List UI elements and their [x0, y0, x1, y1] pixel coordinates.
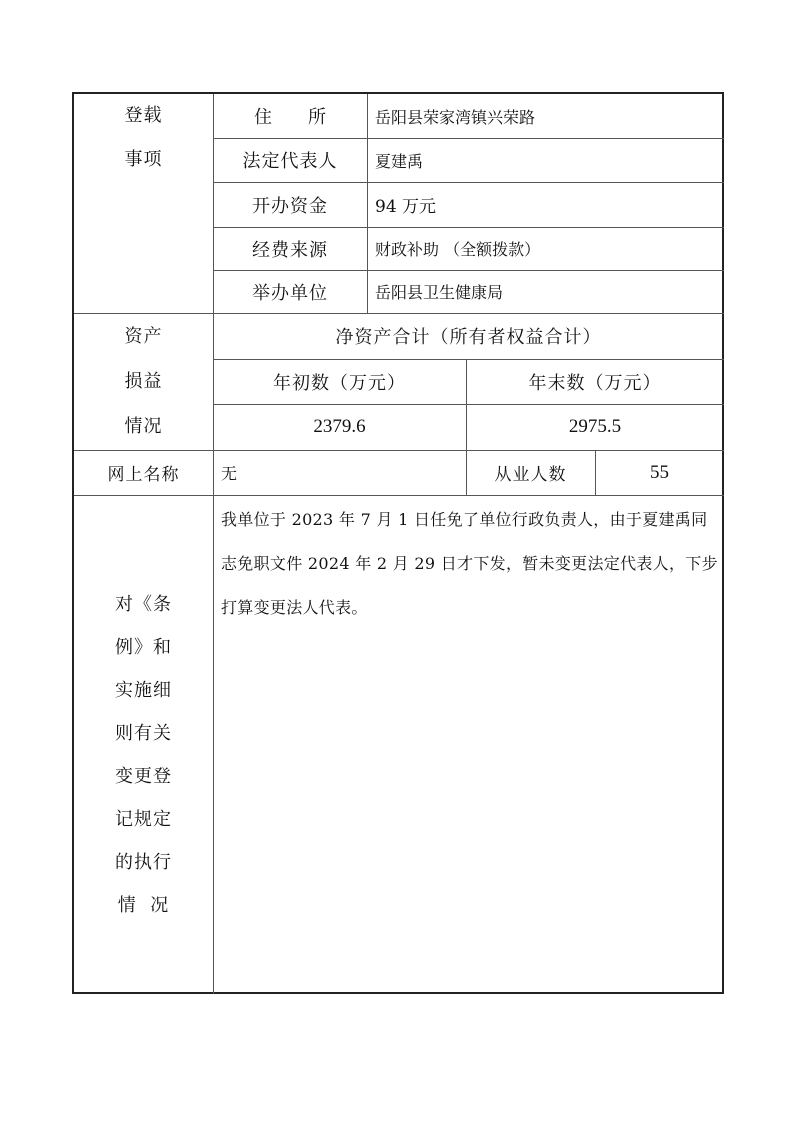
staff-count-value: 55	[595, 450, 724, 495]
label-line: 事项	[125, 138, 163, 182]
registration-form-table: 登载 事项 住 所 岳阳县荣家湾镇兴荣路 法定代表人 夏建禹 开办资金 94 万…	[72, 92, 724, 994]
label-line: 记规定	[115, 798, 172, 841]
label-line: 例》和	[115, 626, 172, 669]
label-text: 年末数（万元）	[529, 369, 662, 395]
label-line: 登载	[125, 94, 163, 138]
label-line: 的执行	[115, 841, 172, 884]
net-assets-header: 净资产合计（所有者权益合计）	[213, 313, 724, 359]
value-text: 财政补助 （全额拨款）	[375, 237, 540, 260]
label-line: 情况	[125, 404, 163, 449]
begin-year-label: 年初数（万元）	[213, 359, 466, 404]
end-year-value: 2975.5	[466, 404, 724, 450]
capital-value: 94 万元	[367, 182, 724, 227]
label-text: 开办资金	[252, 192, 328, 218]
registration-section-label: 登载 事项	[74, 94, 213, 182]
label-text: 住 所	[254, 103, 326, 129]
address-value: 岳阳县荣家湾镇兴荣路	[367, 94, 724, 138]
label-text: 举办单位	[252, 279, 328, 305]
assets-section-label: 资产 损益 情况	[74, 313, 213, 450]
label-line: 变更登	[115, 755, 172, 798]
header-text: 净资产合计（所有者权益合计）	[336, 323, 602, 349]
label-text: 年初数（万元）	[273, 369, 406, 395]
value-text: 55	[650, 462, 669, 484]
label-line: 实施细	[115, 669, 172, 712]
sponsor-label: 举办单位	[213, 270, 367, 313]
address-label: 住 所	[213, 94, 367, 138]
label-text: 法定代表人	[243, 147, 338, 173]
online-name-label: 网上名称	[74, 450, 213, 495]
legal-rep-value: 夏建禹	[367, 138, 724, 182]
label-line: 资产	[125, 314, 163, 359]
label-text: 从业人数	[495, 460, 567, 485]
label-line: 则有关	[115, 712, 172, 755]
label-line: 情 况	[118, 884, 169, 927]
value-text: 岳阳县荣家湾镇兴荣路	[375, 105, 535, 128]
begin-year-value: 2379.6	[213, 404, 466, 450]
online-name-value: 无	[213, 450, 466, 495]
legal-rep-label: 法定代表人	[213, 138, 367, 182]
value-text: 94 万元	[375, 192, 436, 217]
value-text: 岳阳县卫生健康局	[375, 280, 503, 303]
end-year-label: 年末数（万元）	[466, 359, 724, 404]
capital-label: 开办资金	[213, 182, 367, 227]
funding-source-value: 财政补助 （全额拨款）	[367, 227, 724, 270]
value-text: 无	[221, 461, 237, 484]
label-line: 对《条	[115, 583, 172, 626]
sponsor-value: 岳阳县卫生健康局	[367, 270, 724, 313]
staff-count-label: 从业人数	[466, 450, 595, 495]
compliance-section-label: 对《条 例》和 实施细 则有关 变更登 记规定 的执行 情 况	[74, 495, 213, 994]
label-line: 损益	[125, 359, 163, 404]
label-text: 网上名称	[108, 460, 180, 485]
value-text: 2975.5	[569, 416, 621, 438]
value-text: 夏建禹	[375, 149, 423, 172]
compliance-text: 我单位于 2023 年 7 月 1 日任免了单位行政负责人，由于夏建禹同志免职文…	[219, 498, 723, 630]
funding-source-label: 经费来源	[213, 227, 367, 270]
value-text: 2379.6	[313, 416, 365, 438]
label-text: 经费来源	[252, 236, 328, 262]
